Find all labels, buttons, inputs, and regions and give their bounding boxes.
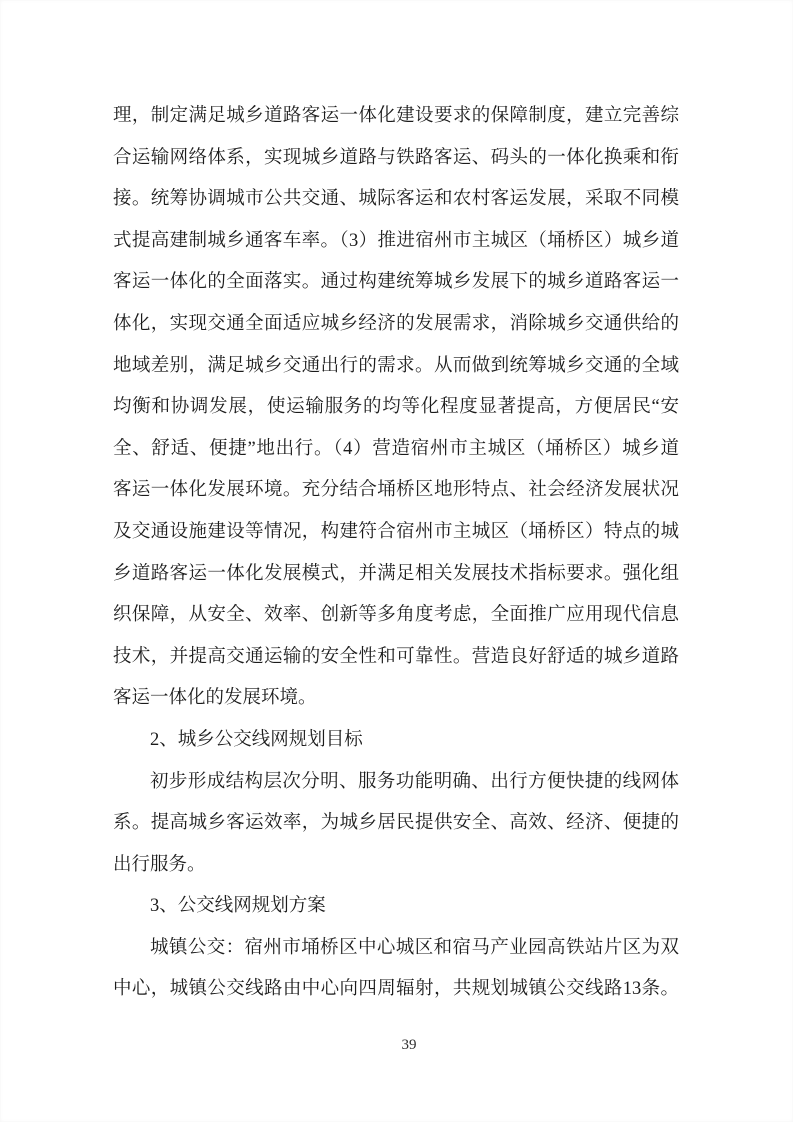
text-line: 接。统筹协调城市公共交通、城际客运和农村客运发展，采取不同模 (113, 179, 679, 221)
text-line: 2、城乡公交线网规划目标 (113, 720, 679, 762)
document-text: 理，制定满足城乡道路客运一体化建设要求的保障制度，建立完善综合运输网络体系，实现… (113, 96, 679, 1011)
text-line: 合运输网络体系，实现城乡道路与铁路客运、码头的一体化换乘和衔 (113, 138, 679, 180)
text-line: 客运一体化的全面落实。通过构建统筹城乡发展下的城乡道路客运一 (113, 262, 679, 304)
text-line: 客运一体化的发展环境。 (113, 678, 679, 720)
text-line: 3、公交线网规划方案 (113, 886, 679, 928)
text-line: 体化，实现交通全面适应城乡经济的发展需求，消除城乡交通供给的 (113, 304, 679, 346)
page-number: 39 (402, 1037, 417, 1054)
text-line: 及交通设施建设等情况，构建符合宿州市主城区（埇桥区）特点的城 (113, 512, 679, 554)
text-line: 地域差别，满足城乡交通出行的需求。从而做到统筹城乡交通的全域 (113, 346, 679, 388)
text-line: 技术，并提高交通运输的安全性和可靠性。营造良好舒适的城乡道路 (113, 637, 679, 679)
text-line: 全、舒适、便捷”地出行。（4）营造宿州市主城区（埇桥区）城乡道 (113, 429, 679, 471)
text-line: 城镇公交：宿州市埇桥区中心城区和宿马产业园高铁站片区为双 (113, 928, 679, 970)
document-page: 理，制定满足城乡道路客运一体化建设要求的保障制度，建立完善综合运输网络体系，实现… (0, 0, 793, 1122)
text-line: 客运一体化发展环境。充分结合埇桥区地形特点、社会经济发展状况 (113, 470, 679, 512)
text-line: 式提高建制城乡通客车率。（3）推进宿州市主城区（埇桥区）城乡道 (113, 221, 679, 263)
text-line: 理，制定满足城乡道路客运一体化建设要求的保障制度，建立完善综 (113, 96, 679, 138)
text-line: 系。提高城乡客运效率，为城乡居民提供安全、高效、经济、便捷的 (113, 803, 679, 845)
text-line: 乡道路客运一体化发展模式，并满足相关发展技术指标要求。强化组 (113, 554, 679, 596)
text-line: 中心，城镇公交线路由中心向四周辐射，共规划城镇公交线路13条。 (113, 969, 679, 1011)
text-line: 出行服务。 (113, 845, 679, 887)
text-line: 初步形成结构层次分明、服务功能明确、出行方便快捷的线网体 (113, 762, 679, 804)
text-line: 均衡和协调发展，使运输服务的均等化程度显著提高，方便居民“安 (113, 387, 679, 429)
text-line: 织保障，从安全、效率、创新等多角度考虑，全面推广应用现代信息 (113, 595, 679, 637)
